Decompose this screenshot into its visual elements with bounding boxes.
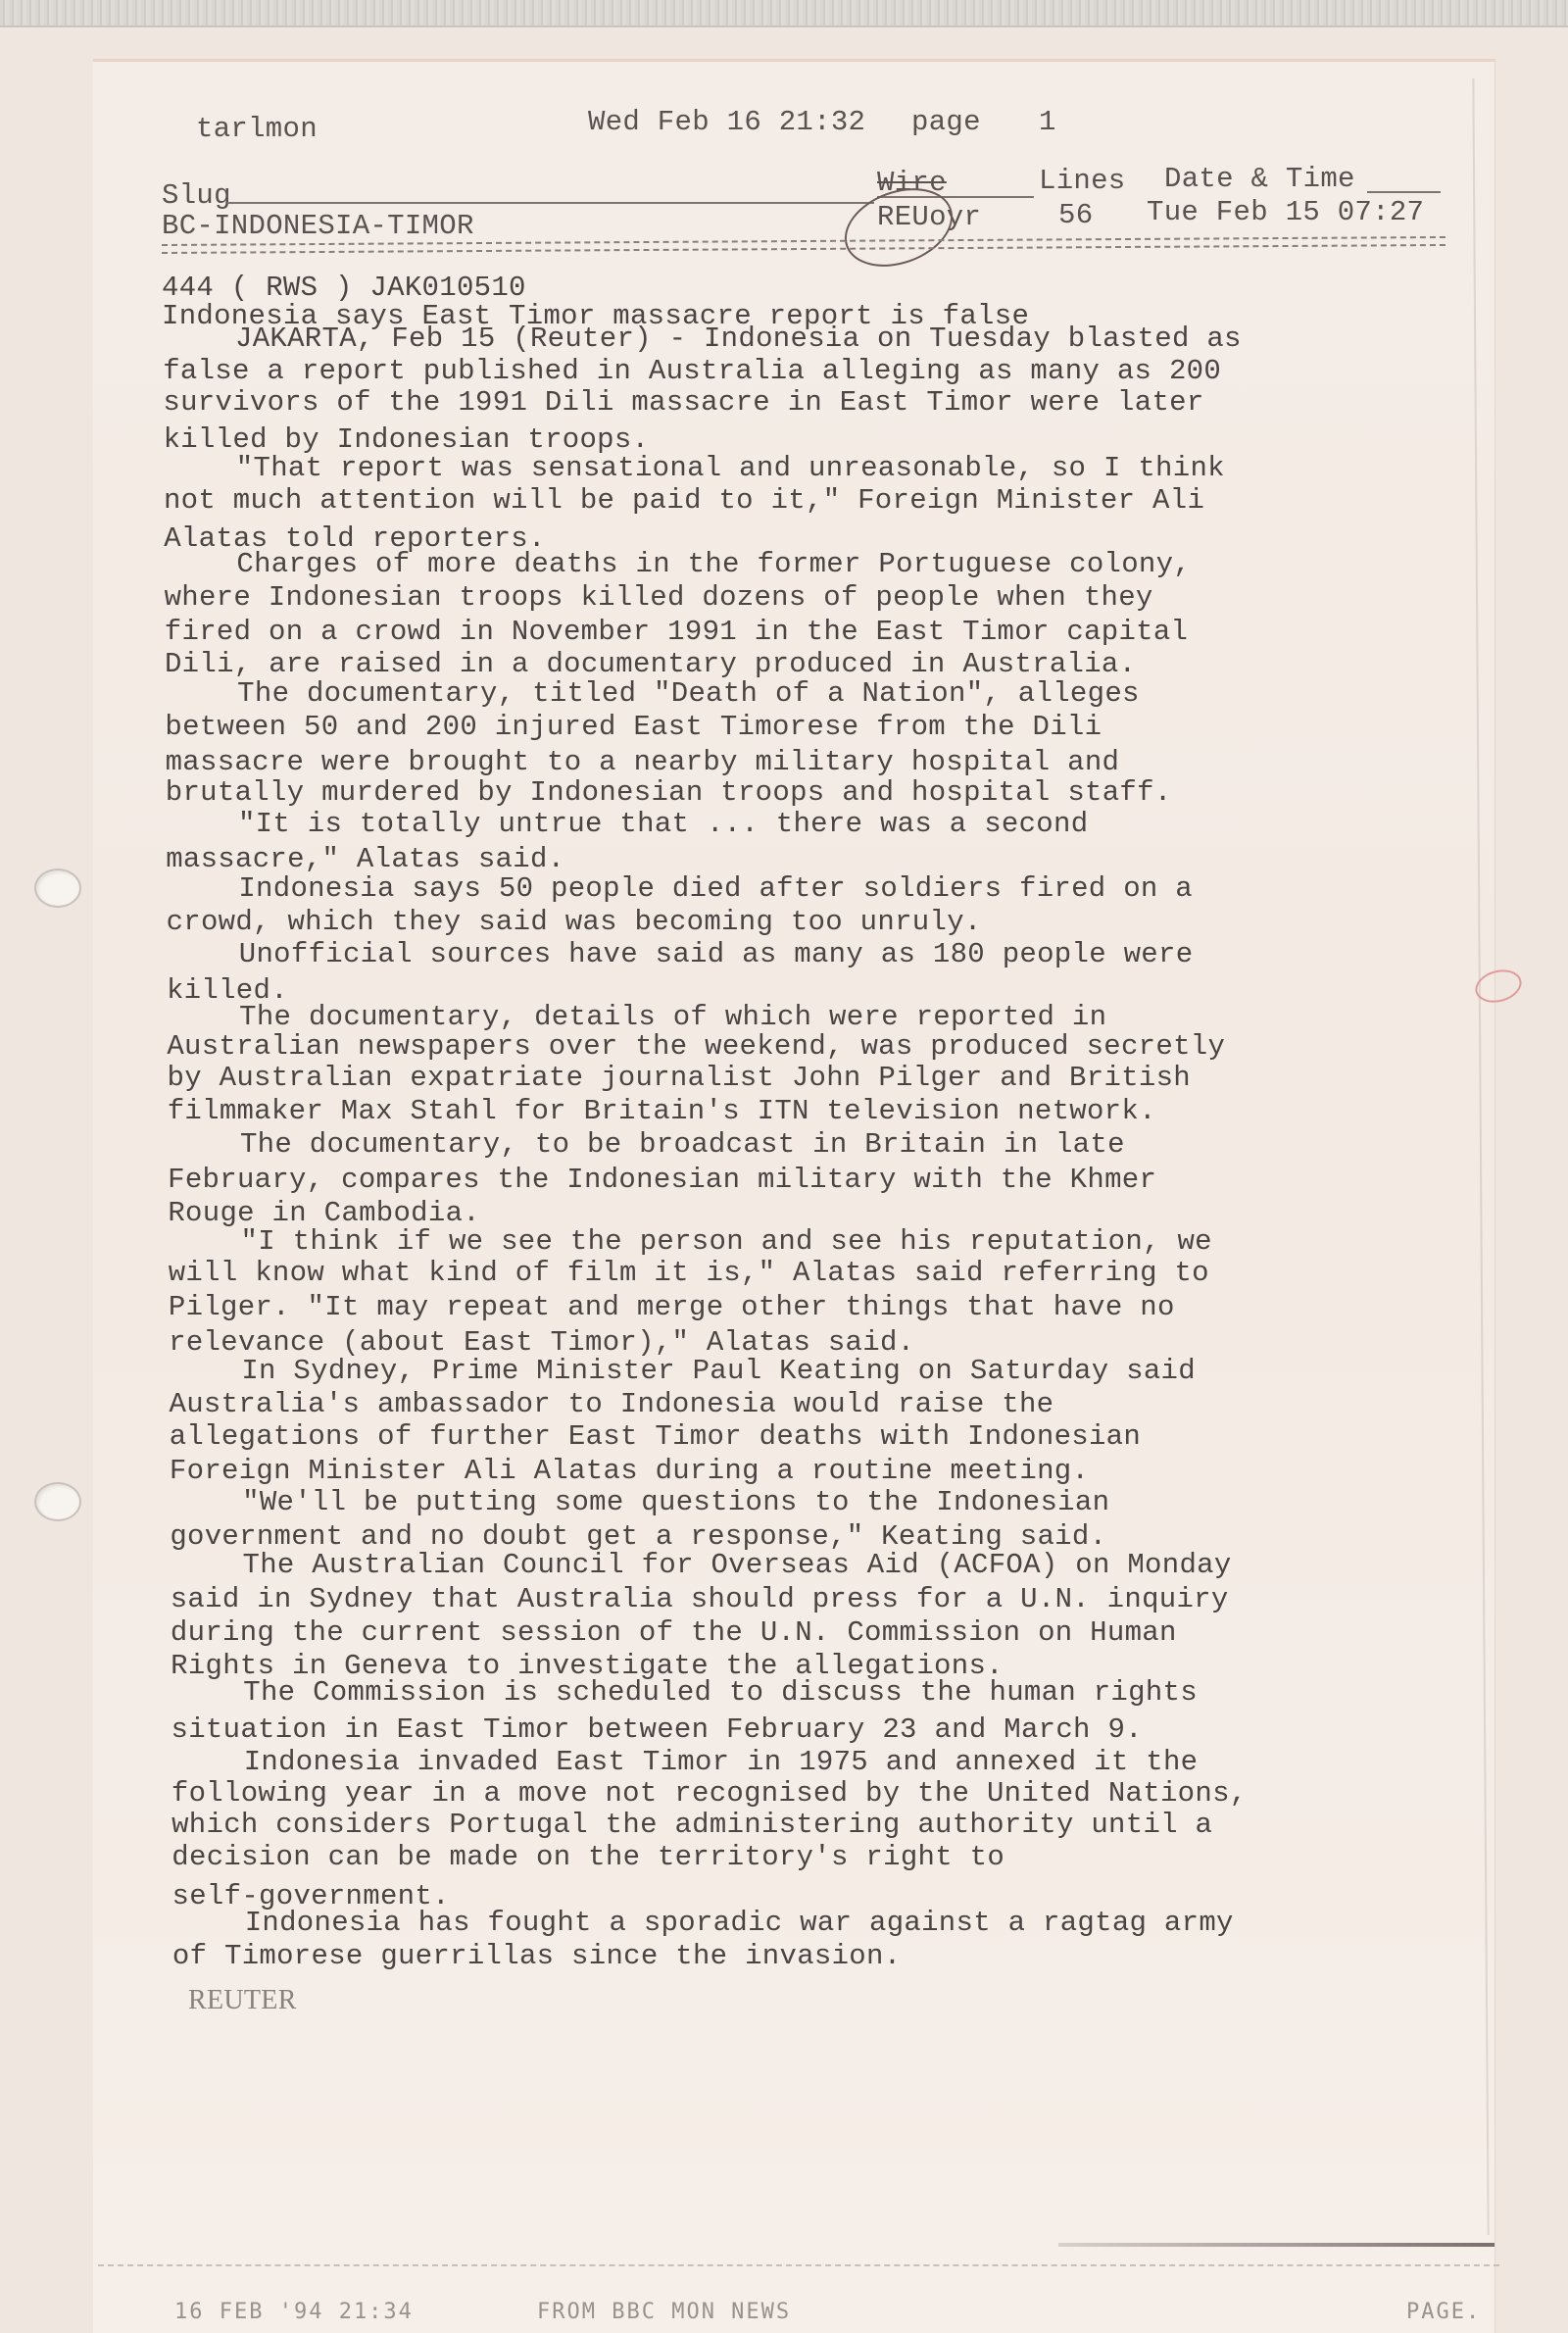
story-line: fired on a crowd in November 1991 in the…	[165, 616, 1188, 649]
printout-date: Wed Feb 16 21:32	[588, 106, 865, 139]
story-line: by Australian expatriate journalist John…	[168, 1062, 1191, 1095]
story-paragraph-start: Charges of more deaths in the former Por…	[236, 548, 1191, 581]
story-line: following year in a move not recognised …	[171, 1777, 1248, 1811]
story-line: Australian newspapers over the weekend, …	[167, 1030, 1225, 1064]
punch-hole-bottom	[34, 1482, 81, 1521]
slug-underline	[227, 202, 874, 204]
story-paragraph-start: Indonesia has fought a sporadic war agai…	[245, 1907, 1234, 1940]
story-line: crowd, which they said was becoming too …	[167, 906, 982, 939]
story-paragraph-start: "We'll be putting some questions to the …	[242, 1486, 1109, 1519]
story-paragraph-start: Unofficial sources have said as many as …	[239, 938, 1194, 971]
story-line: Australia's ambassador to Indonesia woul…	[170, 1388, 1054, 1421]
story-line: will know what kind of film it is," Alat…	[169, 1257, 1209, 1290]
fax-perforation	[98, 2264, 1499, 2266]
scanner-edge-strip	[0, 0, 1568, 27]
story-line: situation in East Timor between February…	[171, 1713, 1143, 1747]
story-line: Foreign Minister Ali Alatas during a rou…	[170, 1455, 1089, 1488]
slug-label: Slug	[162, 179, 231, 213]
story-line: survivors of the 1991 Dili massacre in E…	[163, 386, 1203, 420]
story-line: of Timorese guerrillas since the invasio…	[172, 1940, 902, 1973]
story-line: brutally murdered by Indonesian troops a…	[166, 776, 1172, 810]
story-paragraph-start: Indonesia invaded East Timor in 1975 and…	[244, 1746, 1199, 1779]
punch-hole-top	[34, 869, 81, 908]
story-line: which considers Portugal the administeri…	[171, 1809, 1212, 1842]
story-paragraph-start: "I think if we see the person and see hi…	[241, 1225, 1212, 1259]
fax-timestamp: 16 FEB '94 21:34	[174, 2300, 414, 2324]
page-number: 1	[1039, 106, 1056, 139]
story-paragraph-start: JAKARTA, Feb 15 (Reuter) - Indonesia on …	[235, 323, 1242, 356]
lines-label: Lines	[1039, 165, 1126, 198]
story-paragraph-start: The documentary, details of which were r…	[239, 1001, 1106, 1034]
lines-value: 56	[1058, 199, 1093, 232]
story-paragraph-start: "It is totally untrue that ... there was…	[238, 808, 1088, 841]
story-paragraph-start: "That report was sensational and unreaso…	[236, 452, 1225, 485]
story-paragraph-start: Indonesia says 50 people died after sold…	[238, 872, 1193, 906]
story-paragraph-start: In Sydney, Prime Minister Paul Keating o…	[241, 1355, 1196, 1388]
story-line: allegations of further East Timor deaths…	[170, 1420, 1141, 1454]
story-paragraph-start: The documentary, titled "Death of a Nati…	[237, 677, 1140, 711]
story-line: February, compares the Indonesian milita…	[168, 1164, 1156, 1197]
story-line: Dili, are raised in a documentary produc…	[165, 648, 1136, 681]
story-line: Pilger. "It may repeat and merge other t…	[169, 1291, 1175, 1324]
story-signoff: REUTER	[188, 1984, 297, 2017]
story-line: filmmaker Max Stahl for Britain's ITN te…	[168, 1095, 1156, 1128]
date-time-value: Tue Feb 15 07:27	[1147, 196, 1424, 229]
story-line: false a report published in Australia al…	[163, 355, 1221, 388]
printout-user: tarlmon	[196, 113, 318, 146]
story-line: said in Sydney that Australia should pre…	[171, 1583, 1229, 1616]
story-paragraph-start: The Australian Council for Overseas Aid …	[243, 1549, 1232, 1582]
date-time-label: Date & Time	[1164, 163, 1355, 196]
story-paragraph-start: The Commission is scheduled to discuss t…	[243, 1676, 1198, 1710]
story-line: decision can be made on the territory's …	[171, 1841, 1004, 1874]
story-line: massacre were brought to a nearby milita…	[166, 746, 1120, 779]
story-line: during the current session of the U.N. C…	[171, 1616, 1177, 1650]
story-line: not much attention will be paid to it," …	[164, 484, 1204, 518]
story-line: where Indonesian troops killed dozens of…	[165, 581, 1153, 615]
story-line: between 50 and 200 injured East Timorese…	[165, 711, 1102, 744]
date-time-underline	[1367, 191, 1441, 193]
page-label: page	[911, 106, 981, 139]
story-line: massacre," Alatas said.	[166, 843, 564, 876]
fax-source: FROM BBC MON NEWS	[537, 2300, 791, 2324]
footer-dark-rule	[1058, 2243, 1494, 2247]
fax-page-label: PAGE.	[1406, 2300, 1481, 2324]
slug-value: BC-INDONESIA-TIMOR	[162, 210, 474, 243]
story-paragraph-start: The documentary, to be broadcast in Brit…	[240, 1128, 1125, 1162]
